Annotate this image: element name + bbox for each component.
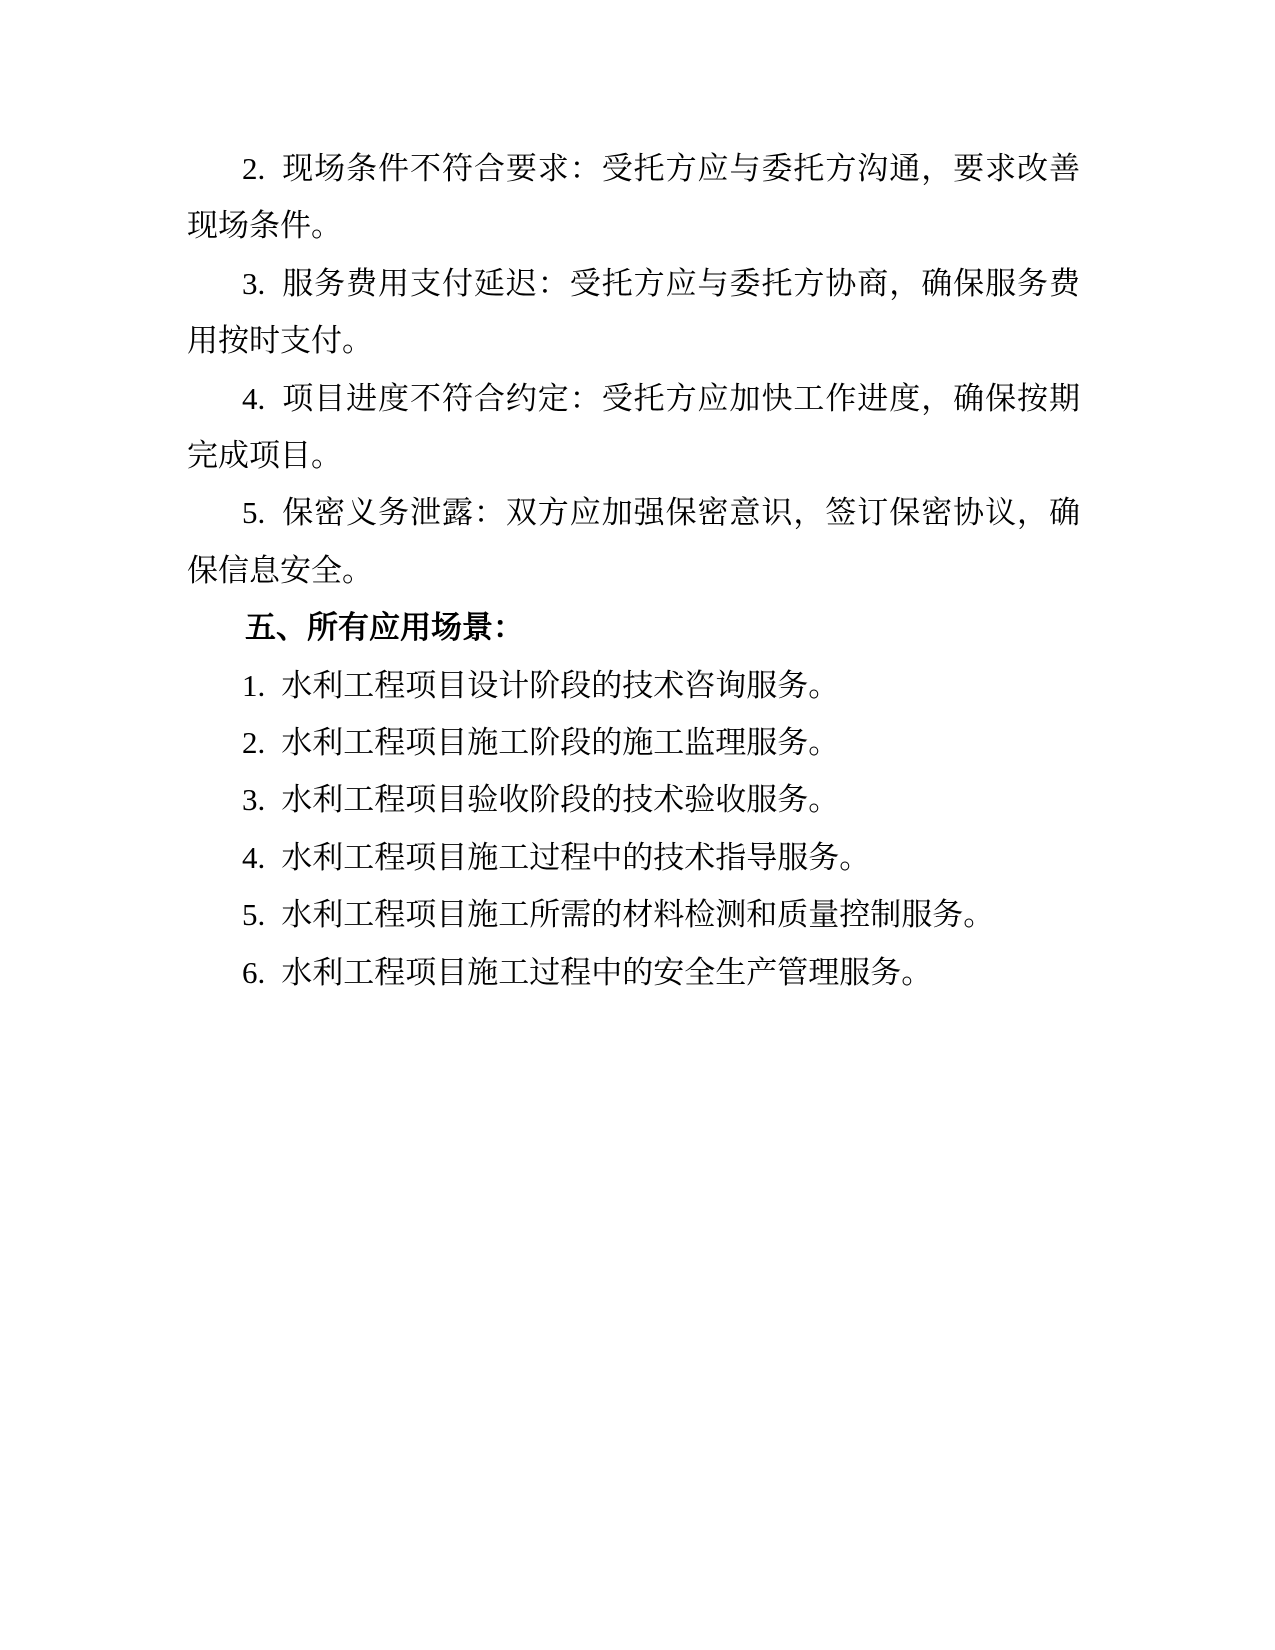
list-item-number: 6. [242, 955, 281, 990]
list-item-text: 水利工程项目施工阶段的施工监理服务。 [281, 725, 839, 760]
list-item-number: 5. [242, 495, 281, 530]
section-heading: 五、所有应用场景： [187, 599, 1080, 656]
document-content: 2.现场条件不符合要求：受托方应与委托方沟通，要求改善现场条件。 3.服务费用支… [187, 140, 1080, 1001]
list-item-risk-3: 3.服务费用支付延迟：受托方应与委托方协商，确保服务费用按时支付。 [187, 255, 1080, 370]
list-item-risk-5: 5.保密义务泄露：双方应加强保密意识，签订保密协议，确保信息安全。 [187, 484, 1080, 599]
list-item-scenario-4: 4.水利工程项目施工过程中的技术指导服务。 [187, 829, 1080, 886]
list-item-text: 保密义务泄露：双方应加强保密意识，签订保密协议，确保信息安全。 [187, 495, 1080, 587]
list-item-risk-2: 2.现场条件不符合要求：受托方应与委托方沟通，要求改善现场条件。 [187, 140, 1080, 255]
list-item-number: 4. [242, 381, 281, 416]
document-page: 2.现场条件不符合要求：受托方应与委托方沟通，要求改善现场条件。 3.服务费用支… [0, 0, 1275, 1650]
list-item-text: 水利工程项目施工过程中的技术指导服务。 [281, 840, 870, 875]
list-item-scenario-5: 5.水利工程项目施工所需的材料检测和质量控制服务。 [187, 886, 1080, 943]
list-item-scenario-1: 1.水利工程项目设计阶段的技术咨询服务。 [187, 657, 1080, 714]
list-item-number: 4. [242, 840, 281, 875]
list-item-number: 5. [242, 897, 281, 932]
list-item-number: 3. [242, 782, 281, 817]
list-item-number: 3. [242, 266, 281, 301]
list-item-text: 现场条件不符合要求：受托方应与委托方沟通，要求改善现场条件。 [187, 151, 1080, 243]
list-item-text: 水利工程项目验收阶段的技术验收服务。 [281, 782, 839, 817]
list-item-text: 项目进度不符合约定：受托方应加快工作进度，确保按期完成项目。 [187, 381, 1080, 473]
list-item-scenario-3: 3.水利工程项目验收阶段的技术验收服务。 [187, 771, 1080, 828]
list-item-scenario-6: 6.水利工程项目施工过程中的安全生产管理服务。 [187, 944, 1080, 1001]
list-item-text: 水利工程项目施工所需的材料检测和质量控制服务。 [281, 897, 994, 932]
list-item-number: 1. [242, 668, 281, 703]
list-item-text: 水利工程项目施工过程中的安全生产管理服务。 [281, 955, 932, 990]
list-item-scenario-2: 2.水利工程项目施工阶段的施工监理服务。 [187, 714, 1080, 771]
list-item-risk-4: 4.项目进度不符合约定：受托方应加快工作进度，确保按期完成项目。 [187, 370, 1080, 485]
list-item-text: 水利工程项目设计阶段的技术咨询服务。 [281, 668, 839, 703]
list-item-number: 2. [242, 725, 281, 760]
list-item-text: 服务费用支付延迟：受托方应与委托方协商，确保服务费用按时支付。 [187, 266, 1080, 358]
list-item-number: 2. [242, 151, 281, 186]
